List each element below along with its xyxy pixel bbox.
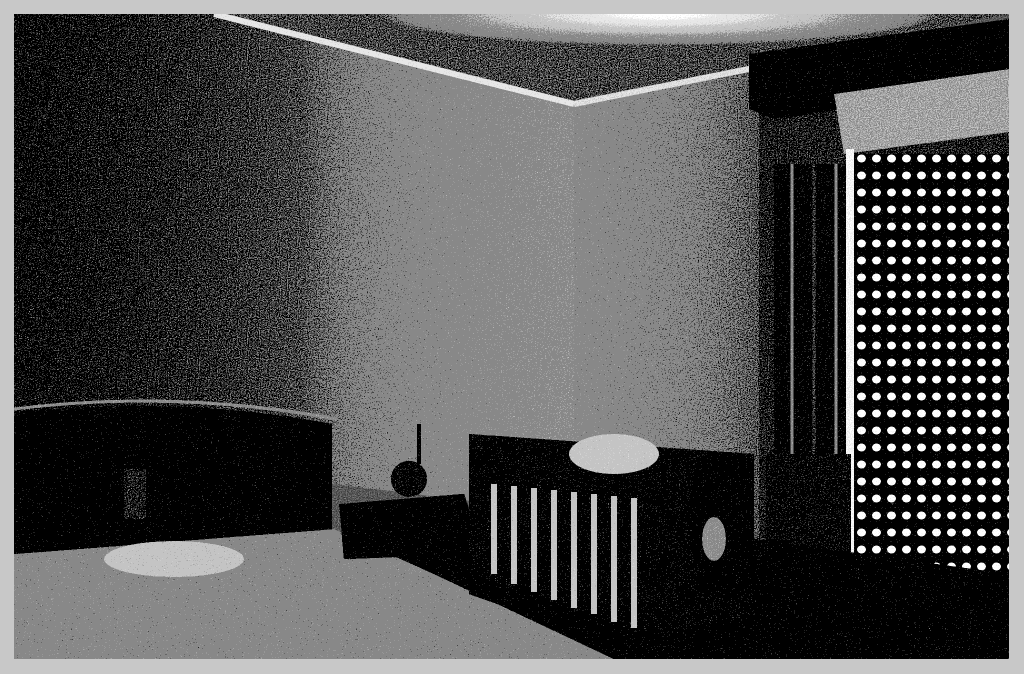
lamp [391, 461, 427, 497]
bed-headboard [14, 406, 332, 554]
roller-shutter [852, 154, 1009, 604]
photo-scene [14, 14, 1009, 659]
crib-headboard [694, 454, 754, 594]
crib-bedding [569, 434, 659, 474]
bedroom-photo: Grainy dithered black-and-white photogra… [14, 14, 1009, 659]
nightstand [339, 494, 484, 559]
